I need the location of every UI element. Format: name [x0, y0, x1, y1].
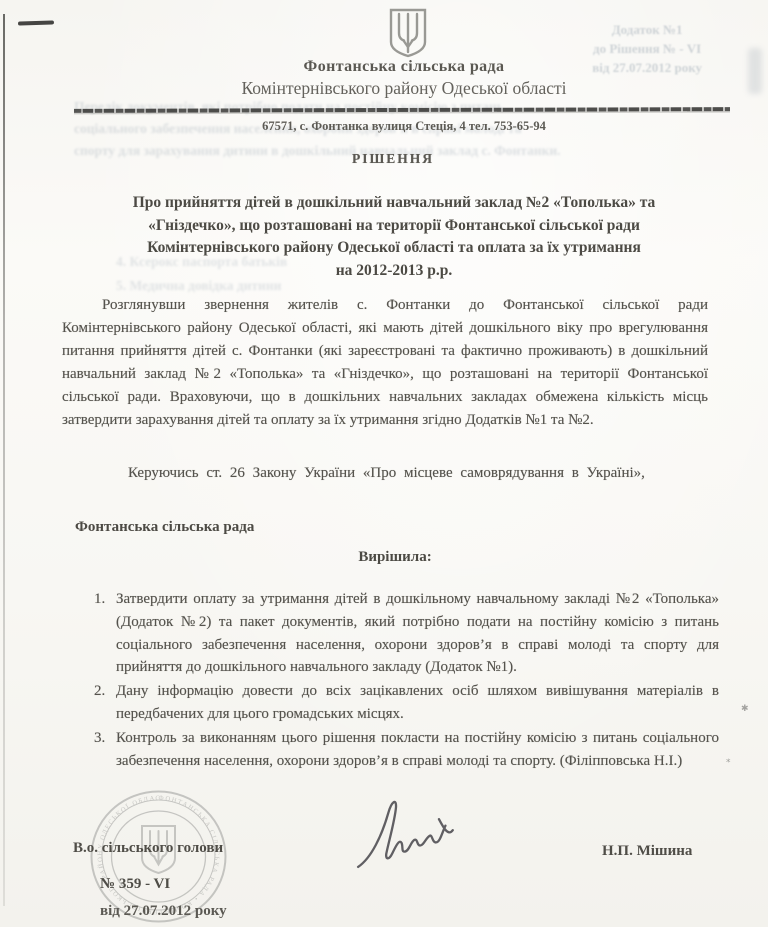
coat-of-arms-trident-icon [387, 8, 429, 58]
org-address: 67571, с. Фонтанка вулиця Стеція, 4 тел.… [40, 119, 768, 134]
signature-handwriting [348, 793, 478, 877]
resolved-heading: Вирішила: [30, 549, 760, 566]
doc-title-line: на 2012-2013 р.р. [64, 260, 724, 283]
doc-number: № 359 - VI [100, 876, 170, 893]
page-edge-line [3, 14, 5, 906]
list-item: 2. Дану інформацію довести до всіх зацік… [94, 680, 719, 726]
body-paragraph-2: Керуючись ст. 26 Закону України «Про міс… [62, 462, 708, 485]
org-region: Комінтернівського району Одеської област… [40, 78, 768, 99]
doc-title: Про прийняття дітей в дошкільний навчаль… [64, 192, 724, 282]
item-number: 2. [94, 680, 116, 726]
ghost-line: Додаток №1 [592, 20, 702, 39]
scan-speck: ⁎ [726, 754, 731, 765]
doc-title-line: Комінтернівського району Одеської област… [64, 237, 724, 260]
item-text: Затвердити оплату за утримання дітей в д… [116, 588, 719, 679]
item-number: 1. [94, 588, 116, 679]
margin-dash-mark [18, 20, 54, 25]
doc-type-heading: РІШЕННЯ [18, 151, 768, 167]
doc-title-line: «Гніздечко», що розташовані на території… [64, 215, 724, 238]
org-name: Фонтанська сільська рада [40, 58, 768, 76]
signer-position: В.о. сільського голови [73, 840, 223, 857]
item-number: 3. [94, 727, 116, 773]
doc-date: від 27.07.2012 року [100, 903, 227, 920]
signer-name: Н.П. Мішина [602, 843, 692, 860]
item-text: Контроль за виконанням цього рішення пок… [116, 727, 719, 773]
doc-title-line: Про прийняття дітей в дошкільний навчаль… [64, 192, 724, 215]
scanned-document-page: Додаток №1 до Рішення № - VI від 27.07.2… [0, 0, 768, 927]
scan-speck: ✱ [741, 703, 749, 714]
resolution-list: 1. Затвердити оплату за утримання дітей … [94, 588, 719, 773]
body-paragraph-1: Розглянувши звернення жителів с. Фонтанк… [62, 294, 708, 432]
list-item: 3. Контроль за виконанням цього рішення … [94, 727, 719, 773]
council-name: Фонтанська сільська рада [75, 519, 254, 536]
list-item: 1. Затвердити оплату за утримання дітей … [94, 588, 719, 679]
item-text: Дану інформацію довести до всіх зацікавл… [116, 680, 719, 726]
ghost-line: до Рішення № - VI [592, 39, 702, 58]
